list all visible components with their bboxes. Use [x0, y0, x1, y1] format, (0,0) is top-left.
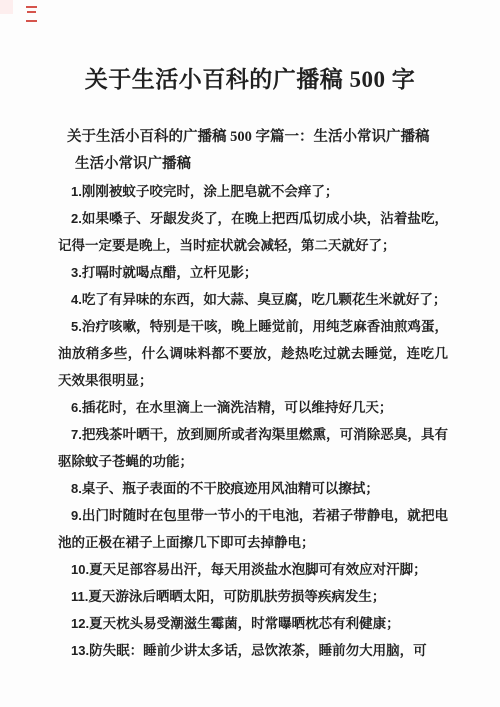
page-title: 关于生活小百科的广播稿 500 字: [20, 62, 480, 98]
scan-corner-smudge: [0, 0, 13, 14]
item-text: 出门时随时在包里带一节小的干电池，若裙子带静电，就把电池的正极在裙子上面擦几下即…: [58, 508, 448, 550]
list-item: 12.夏天枕头易受潮滋生霉菌，时常曝晒枕芯有利健康；: [58, 610, 448, 637]
item-number: 6.: [71, 400, 82, 415]
item-text: 夏天枕头易受潮滋生霉菌，时常曝晒枕芯有利健康；: [89, 616, 400, 631]
item-number: 13.: [71, 643, 89, 658]
list-item: 4.吃了有异味的东西，如大蒜、臭豆腐，吃几颗花生米就好了；: [58, 286, 448, 313]
item-text: 打嗝时就喝点醋，立杆见影；: [82, 265, 258, 280]
item-text: 把残茶叶晒干，放到厕所或者沟渠里燃熏，可消除恶臭，具有驱除蚊子苍蝇的功能；: [58, 427, 448, 469]
item-number: 8.: [71, 481, 82, 496]
list-item: 7.把残茶叶晒干，放到厕所或者沟渠里燃熏，可消除恶臭，具有驱除蚊子苍蝇的功能；: [58, 421, 448, 475]
list-item: 11.夏天游泳后晒晒太阳，可防肌肤劳损等疾病发生；: [58, 583, 448, 610]
list-item: 13.防失眠：睡前少讲太多话，忌饮浓茶，睡前勿大用脑，可: [58, 637, 448, 664]
item-number: 4.: [71, 292, 82, 307]
item-number: 12.: [71, 616, 89, 631]
document-body: 关于生活小百科的广播稿 500 字篇一：生活小常识广播稿 生活小常识广播稿 1.…: [58, 124, 448, 664]
item-number: 9.: [71, 508, 82, 523]
item-number: 10.: [71, 562, 89, 577]
item-text: 刚刚被蚊子咬完时，涂上肥皂就不会痒了；: [82, 184, 339, 199]
item-text: 治疗咳嗽，特别是干咳，晚上睡觉前，用纯芝麻香油煎鸡蛋，油放稍多些，什么调味料都不…: [58, 319, 448, 388]
item-number: 1.: [71, 184, 82, 199]
item-text: 如果嗓子、牙龈发炎了，在晚上把西瓜切成小块，沾着盐吃，记得一定要是晚上，当时症状…: [58, 211, 448, 253]
item-number: 5.: [71, 319, 82, 334]
list-item: 2.如果嗓子、牙龈发炎了，在晚上把西瓜切成小块，沾着盐吃，记得一定要是晚上，当时…: [58, 205, 448, 259]
list-item: 10.夏天足部容易出汗，每天用淡盐水泡脚可有效应对汗脚；: [58, 556, 448, 583]
item-number: 7.: [71, 427, 82, 442]
item-text: 插花时，在水里滴上一滴洗洁精，可以维持好几天；: [82, 400, 393, 415]
item-text: 吃了有异味的东西，如大蒜、臭豆腐，吃几颗花生米就好了；: [82, 292, 447, 307]
list-item: 5.治疗咳嗽，特别是干咳，晚上睡觉前，用纯芝麻香油煎鸡蛋，油放稍多些，什么调味料…: [58, 313, 448, 394]
list-item: 3.打嗝时就喝点醋，立杆见影；: [58, 259, 448, 286]
item-text: 防失眠：睡前少讲太多话，忌饮浓茶，睡前勿大用脑，可: [89, 643, 427, 658]
subtitle: 关于生活小百科的广播稿 500 字篇一：生活小常识广播稿: [58, 124, 448, 151]
item-number: 11.: [71, 589, 88, 604]
red-corner-mark: [26, 6, 37, 22]
item-text: 桌子、瓶子表面的不干胶痕迹用风油精可以擦拭；: [82, 481, 379, 496]
item-text: 夏天足部容易出汗，每天用淡盐水泡脚可有效应对汗脚；: [89, 562, 427, 577]
item-number: 2.: [71, 211, 82, 226]
document-page: 关于生活小百科的广播稿 500 字 关于生活小百科的广播稿 500 字篇一：生活…: [0, 0, 500, 707]
list-item: 1.刚刚被蚊子咬完时，涂上肥皂就不会痒了；: [58, 178, 448, 205]
section-heading: 生活小常识广播稿: [58, 151, 448, 178]
list-item: 8.桌子、瓶子表面的不干胶痕迹用风油精可以擦拭；: [58, 475, 448, 502]
item-text: 夏天游泳后晒晒太阳，可防肌肤劳损等疾病发生；: [88, 589, 385, 604]
list-item: 6.插花时，在水里滴上一滴洗洁精，可以维持好几天；: [58, 394, 448, 421]
item-number: 3.: [71, 265, 82, 280]
list-item: 9.出门时随时在包里带一节小的干电池，若裙子带静电，就把电池的正极在裙子上面擦几…: [58, 502, 448, 556]
